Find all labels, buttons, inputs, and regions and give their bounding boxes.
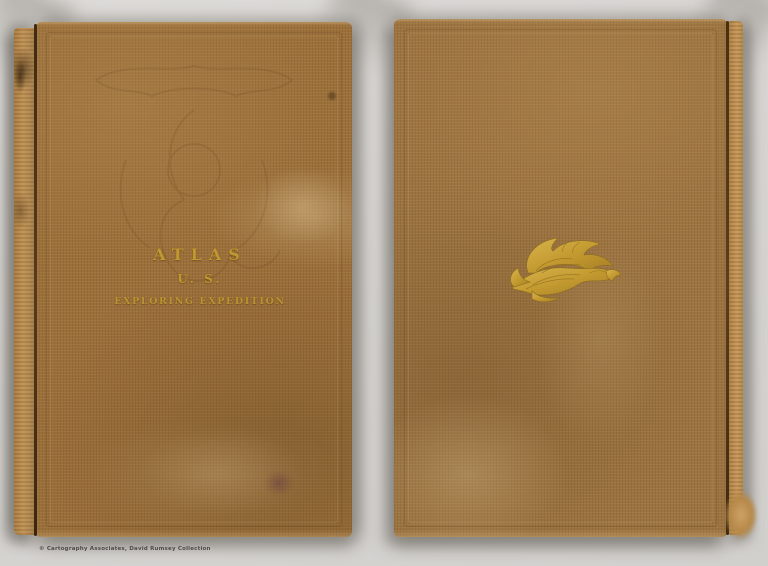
cloth-wear <box>254 167 350 245</box>
front-hinge-groove <box>34 24 37 536</box>
title-atlas: ATLAS <box>153 247 247 263</box>
cover-title-block: ATLAS U. S. EXPLORING EXPEDITION <box>42 247 358 307</box>
dark-spot <box>328 92 336 100</box>
eagle-emblem-icon <box>502 233 624 313</box>
copyright-notice: © Cartography Associates, David Rumsey C… <box>39 546 211 552</box>
atlas-front-cover: ATLAS U. S. EXPLORING EXPEDITION <box>36 22 352 537</box>
board-edge-highlight <box>394 19 727 23</box>
spine-wear-notch <box>14 60 26 94</box>
atlas-back-cover <box>394 19 727 537</box>
board-edge-highlight <box>394 530 727 537</box>
ink-stain <box>264 470 294 496</box>
front-cover-spine-edge <box>14 28 36 535</box>
cloth-wear <box>136 427 306 517</box>
back-cover-spine-edge <box>729 21 743 535</box>
title-us: U. S. <box>177 273 222 285</box>
title-exploring-expedition: EXPLORING EXPEDITION <box>114 297 285 307</box>
photo-background: ATLAS U. S. EXPLORING EXPEDITION <box>0 0 768 566</box>
board-edge-highlight <box>36 22 352 26</box>
back-hinge-groove <box>726 21 729 535</box>
board-edge-highlight <box>36 530 352 537</box>
